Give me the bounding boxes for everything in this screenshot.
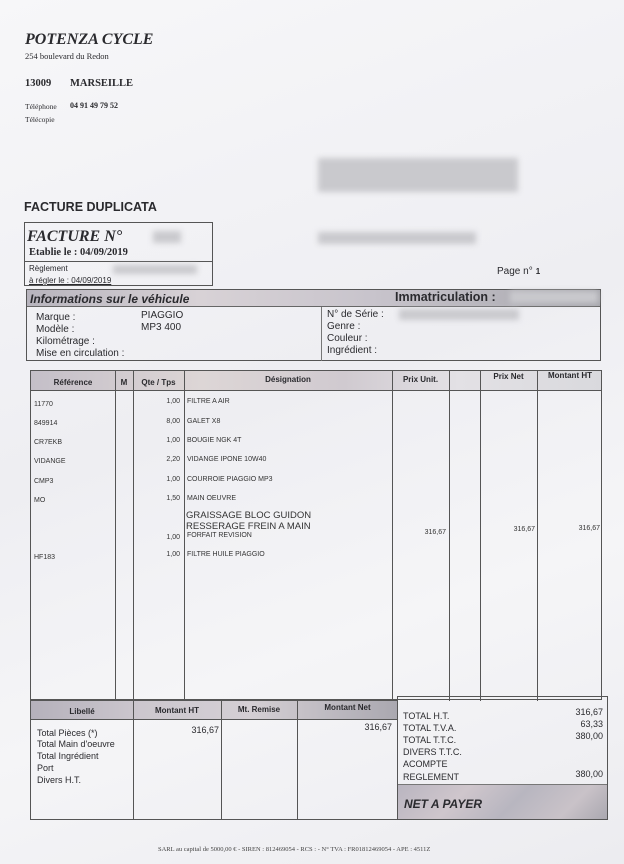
mileage-label: Kilométrage : bbox=[36, 336, 95, 347]
redacted-serial-number bbox=[399, 309, 519, 320]
col-header-discount: Mt. Remise bbox=[221, 705, 297, 714]
vehicle-section-title: Informations sur le véhicule bbox=[30, 292, 189, 306]
row-designation: FILTRE HUILE PIAGGIO bbox=[187, 551, 265, 558]
column-divider bbox=[537, 371, 538, 701]
items-table: Référence M Qte / Tps Désignation Prix U… bbox=[30, 370, 602, 700]
net-to-pay-band: NET A PAYER bbox=[398, 784, 607, 819]
row-reference: 849914 bbox=[34, 420, 57, 427]
total-ingredient-label: Total Ingrédient bbox=[37, 751, 99, 763]
total-ht-label: TOTAL H.T. bbox=[403, 711, 449, 721]
total-vat-label: TOTAL T.V.A. bbox=[403, 723, 456, 733]
page-value: 1 bbox=[536, 267, 540, 276]
row-qty: 1,00 bbox=[133, 398, 180, 405]
row-reference: HF183 bbox=[34, 554, 55, 561]
row-reference: MO bbox=[34, 497, 45, 504]
total-ht-value: 316,67 bbox=[575, 707, 603, 717]
first-registration-label: Mise en circulation : bbox=[36, 348, 124, 359]
page-label: Page n° bbox=[497, 266, 533, 277]
net-to-pay-label: NET A PAYER bbox=[404, 797, 482, 811]
row-amount-ht: 316,67 bbox=[537, 525, 600, 532]
row-designation: FILTRE A AIR bbox=[187, 398, 230, 405]
total-parts-amount-ht: 316,67 bbox=[133, 725, 219, 737]
invoice-summary: TOTAL H.T. 316,67 TOTAL T.V.A. 63,33 TOT… bbox=[397, 696, 608, 820]
col-header-label: Libellé bbox=[31, 707, 133, 716]
divider bbox=[25, 261, 212, 262]
col-header-qty: Qte / Tps bbox=[133, 378, 184, 387]
payment-label: Règlement bbox=[29, 264, 68, 273]
document-title: FACTURE DUPLICATA bbox=[24, 200, 157, 214]
column-divider bbox=[133, 700, 134, 820]
row-designation: VIDANGE IPONE 10W40 bbox=[187, 456, 266, 463]
row-reference: CR7EKB bbox=[34, 439, 62, 446]
total-parts-net-amount: 316,67 bbox=[297, 722, 392, 734]
company-name: POTENZA CYCLE bbox=[25, 31, 153, 49]
invoice-info-box: FACTURE N° Etablie le : 04/09/2019 Règle… bbox=[24, 222, 213, 286]
page-number: Page n°1 bbox=[497, 266, 540, 277]
col-header-m: M bbox=[115, 378, 133, 387]
row-note: GRAISSAGE BLOC GUIDON bbox=[186, 510, 311, 521]
column-divider bbox=[115, 371, 116, 701]
col-header-designation: Désignation bbox=[184, 375, 392, 384]
registration-label: Immatriculation : bbox=[395, 290, 496, 304]
city: MARSEILLE bbox=[70, 78, 133, 89]
redacted-customer-name bbox=[318, 158, 518, 192]
row-reference: 11770 bbox=[34, 401, 53, 408]
shipping-label: Port bbox=[37, 763, 54, 775]
row-reference: CMP3 bbox=[34, 478, 53, 485]
deposit-label: ACOMPTE bbox=[403, 759, 448, 769]
fax-label: Télécopie bbox=[25, 115, 55, 124]
due-date: à régler le : 04/09/2019 bbox=[29, 276, 111, 285]
column-divider bbox=[184, 371, 185, 701]
col-header-amount-ht: Montant HT bbox=[537, 371, 603, 380]
serial-number-label: N° de Série : bbox=[327, 309, 384, 320]
total-ttc-label: TOTAL T.T.C. bbox=[403, 735, 456, 745]
invoice-page: POTENZA CYCLE 254 boulevard du Redon 130… bbox=[0, 0, 624, 864]
row-net-price: 316,67 bbox=[480, 526, 535, 533]
total-vat-value: 63,33 bbox=[580, 719, 603, 729]
row-qty: 1,00 bbox=[133, 551, 180, 558]
total-parts-label: Total Pièces (*) bbox=[37, 728, 98, 740]
row-designation: COURROIE PIAGGIO MP3 bbox=[187, 476, 273, 483]
redacted-invoice-number bbox=[153, 231, 181, 243]
col-header-amount-ht: Montant HT bbox=[133, 706, 221, 715]
col-header-unit-price: Prix Unit. bbox=[392, 375, 449, 384]
brand-label: Marque : bbox=[36, 312, 75, 323]
row-qty: 2,20 bbox=[133, 456, 180, 463]
row-qty: 1,00 bbox=[133, 437, 180, 444]
col-header-net-price: Prix Net bbox=[480, 372, 537, 381]
legal-footer: SARL au capital de 5000,00 € - SIREN : 8… bbox=[158, 846, 430, 853]
total-ttc-value: 380,00 bbox=[575, 731, 603, 741]
row-qty: 1,50 bbox=[133, 495, 180, 502]
row-designation: BOUGIE NGK 4T bbox=[187, 437, 241, 444]
col-header-net-amount: Montant Net bbox=[297, 703, 398, 712]
column-divider bbox=[297, 700, 298, 820]
row-qty: 1,00 bbox=[133, 476, 180, 483]
brand-value: PIAGGIO bbox=[141, 310, 183, 321]
row-note: RESSERAGE FREIN A MAIN bbox=[186, 521, 311, 532]
row-designation: GALET X8 bbox=[187, 418, 220, 425]
row-designation: FORFAIT REVISION bbox=[187, 532, 252, 539]
model-label: Modèle : bbox=[36, 324, 74, 335]
ingredient-label: Ingrédient : bbox=[327, 345, 377, 356]
payment-value: 380,00 bbox=[575, 769, 603, 779]
redacted-payment-method bbox=[113, 265, 197, 274]
total-labor-label: Total Main d'oeuvre bbox=[37, 739, 115, 751]
column-divider bbox=[392, 371, 393, 701]
model-value: MP3 400 bbox=[141, 322, 181, 333]
postal-code: 13009 bbox=[25, 78, 51, 89]
redacted-customer-address bbox=[318, 232, 476, 244]
row-qty: 8,00 bbox=[133, 418, 180, 425]
payment-label: REGLEMENT bbox=[403, 772, 459, 782]
column-divider bbox=[221, 700, 222, 820]
row-designation: MAIN OEUVRE bbox=[187, 495, 236, 502]
misc-ht-label: Divers H.T. bbox=[37, 775, 81, 787]
column-divider bbox=[449, 371, 450, 701]
row-qty: 1,00 bbox=[133, 534, 180, 541]
phone-number: 04 91 49 79 52 bbox=[70, 101, 118, 110]
genre-label: Genre : bbox=[327, 321, 360, 332]
company-address: 254 boulevard du Redon bbox=[25, 51, 109, 61]
phone-label: Téléphone bbox=[25, 102, 57, 111]
row-reference: VIDANGE bbox=[34, 458, 66, 465]
color-label: Couleur : bbox=[327, 333, 368, 344]
divider bbox=[321, 307, 322, 361]
col-header-reference: Référence bbox=[31, 378, 115, 387]
invoice-number-label: FACTURE N° bbox=[27, 228, 122, 246]
row-unit-price: 316,67 bbox=[392, 529, 446, 536]
issue-date: Etablie le : 04/09/2019 bbox=[29, 247, 128, 258]
misc-ttc-label: DIVERS T.T.C. bbox=[403, 747, 462, 757]
column-divider bbox=[480, 371, 481, 701]
redacted-registration bbox=[510, 291, 598, 303]
totals-breakdown-table: Libellé Montant HT Mt. Remise Montant Ne… bbox=[30, 700, 397, 820]
